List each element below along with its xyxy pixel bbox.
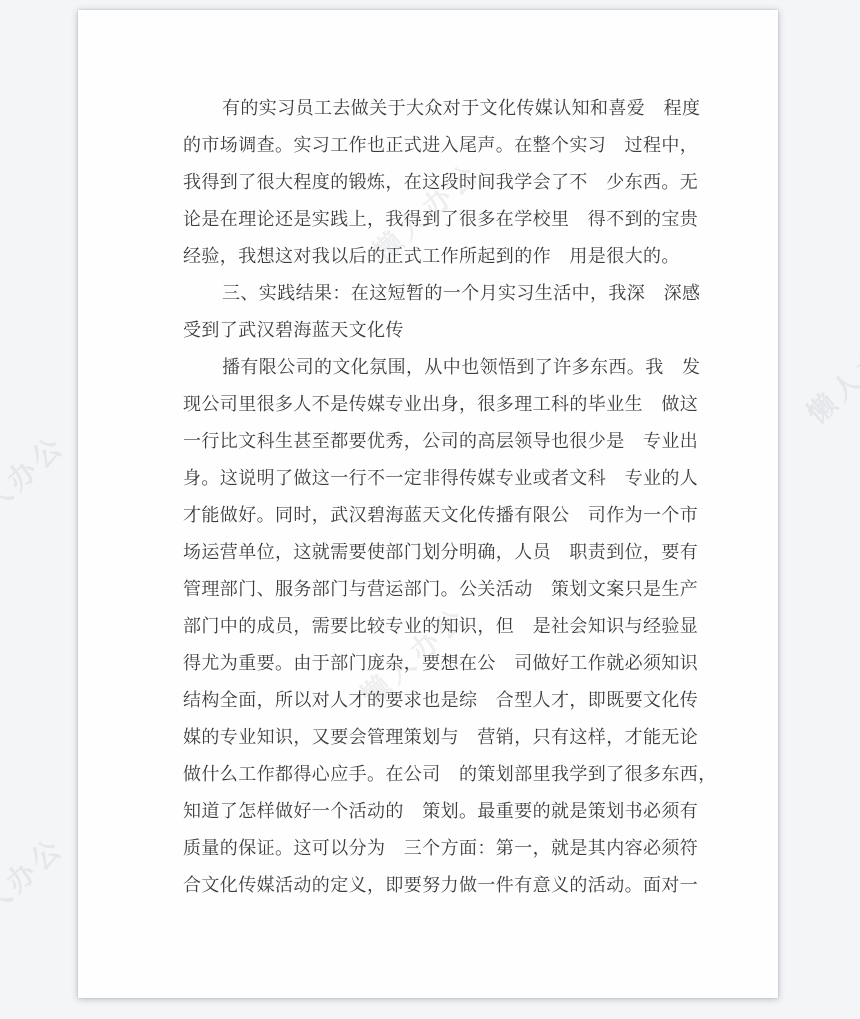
text-line: 现公司里很多人不是传媒专业出身，很多理工科的毕业生 做这 xyxy=(183,386,717,423)
text-line: 身。这说明了做这一行不一定非得传媒专业或者文科 专业的人 xyxy=(183,460,717,497)
text-line: 管理部门、服务部门与营运部门。公关活动 策划文案只是生产 xyxy=(183,571,717,608)
text-line: 知道了怎样做好一个活动的 策划。最重要的就是策划书必须有 xyxy=(183,793,717,830)
watermark: 懒人办公 xyxy=(797,314,860,432)
text-line: 经验，我想这对我以后的正式工作所起到的作 用是很大的。 xyxy=(183,238,717,275)
text-line: 一行比文科生甚至都要优秀，公司的高层领导也很少是 专业出 xyxy=(183,423,717,460)
text-line: 合文化传媒活动的定义，即要努力做一件有意义的活动。面对一 xyxy=(183,867,717,904)
watermark: 懒人办公 xyxy=(0,827,72,945)
watermark: 懒人办公 xyxy=(0,425,73,543)
document-page: 有的实习员工去做关于大众对于文化传媒认知和喜爱 程度的市场调查。实习工作也正式进… xyxy=(78,10,778,998)
text-line: 我得到了很大程度的锻炼，在这段时间我学会了不 少东西。无 xyxy=(183,164,717,201)
text-line: 有的实习员工去做关于大众对于文化传媒认知和喜爱 程度 xyxy=(183,90,717,127)
text-line: 媒的专业知识，又要会管理策划与 营销，只有这样，才能无论 xyxy=(183,719,717,756)
text-line: 才能做好。同时，武汉碧海蓝天文化传播有限公 司作为一个市 xyxy=(183,497,717,534)
text-line: 质量的保证。这可以分为 三个方面：第一，就是其内容必须符 xyxy=(183,830,717,867)
text-line: 三、实践结果：在这短暂的一个月实习生活中，我深 深感 xyxy=(183,275,717,312)
text-line: 论是在理论还是实践上，我得到了很多在学校里 得不到的宝贵 xyxy=(183,201,717,238)
text-line: 受到了武汉碧海蓝天文化传 xyxy=(183,312,717,349)
document-viewer: 有的实习员工去做关于大众对于文化传媒认知和喜爱 程度的市场调查。实习工作也正式进… xyxy=(0,0,860,1019)
text-line: 播有限公司的文化氛围，从中也领悟到了许多东西。我 发 xyxy=(183,349,717,386)
text-line: 得尤为重要。由于部门庞杂，要想在公 司做好工作就必须知识 xyxy=(183,645,717,682)
text-line: 场运营单位，这就需要使部门划分明确，人员 职责到位，要有 xyxy=(183,534,717,571)
text-line: 的市场调查。实习工作也正式进入尾声。在整个实习 过程中， xyxy=(183,127,717,164)
document-content: 有的实习员工去做关于大众对于文化传媒认知和喜爱 程度的市场调查。实习工作也正式进… xyxy=(183,90,717,904)
text-line: 部门中的成员，需要比较专业的知识，但 是社会知识与经验显 xyxy=(183,608,717,645)
text-line: 做什么工作都得心应手。在公司 的策划部里我学到了很多东西， xyxy=(183,756,717,793)
text-line: 结构全面，所以对人才的要求也是综 合型人才，即既要文化传 xyxy=(183,682,717,719)
